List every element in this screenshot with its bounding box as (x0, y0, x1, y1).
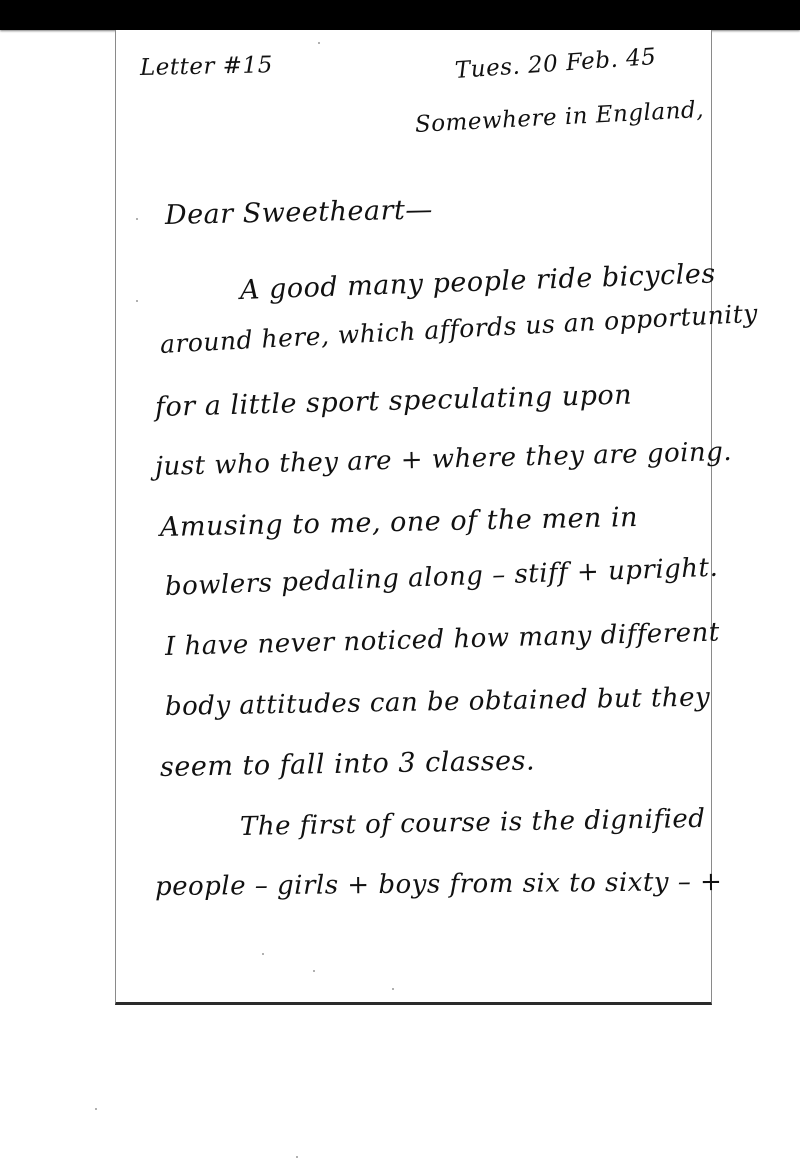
letter-number: Letter #15 (140, 52, 273, 81)
scan-speck (262, 953, 264, 955)
scan-speck (95, 1108, 97, 1110)
scan-speck (136, 300, 138, 302)
scan-speck (392, 988, 394, 990)
scan-speck (136, 218, 138, 220)
scan-top-bar (0, 0, 800, 30)
salutation: Dear Sweetheart— (165, 194, 433, 231)
body-line: seem to fall into 3 classes. (160, 745, 536, 783)
scan-speck (313, 970, 315, 972)
body-line: people – girls + boys from six to sixty … (155, 867, 723, 902)
scan-speck (318, 42, 320, 44)
